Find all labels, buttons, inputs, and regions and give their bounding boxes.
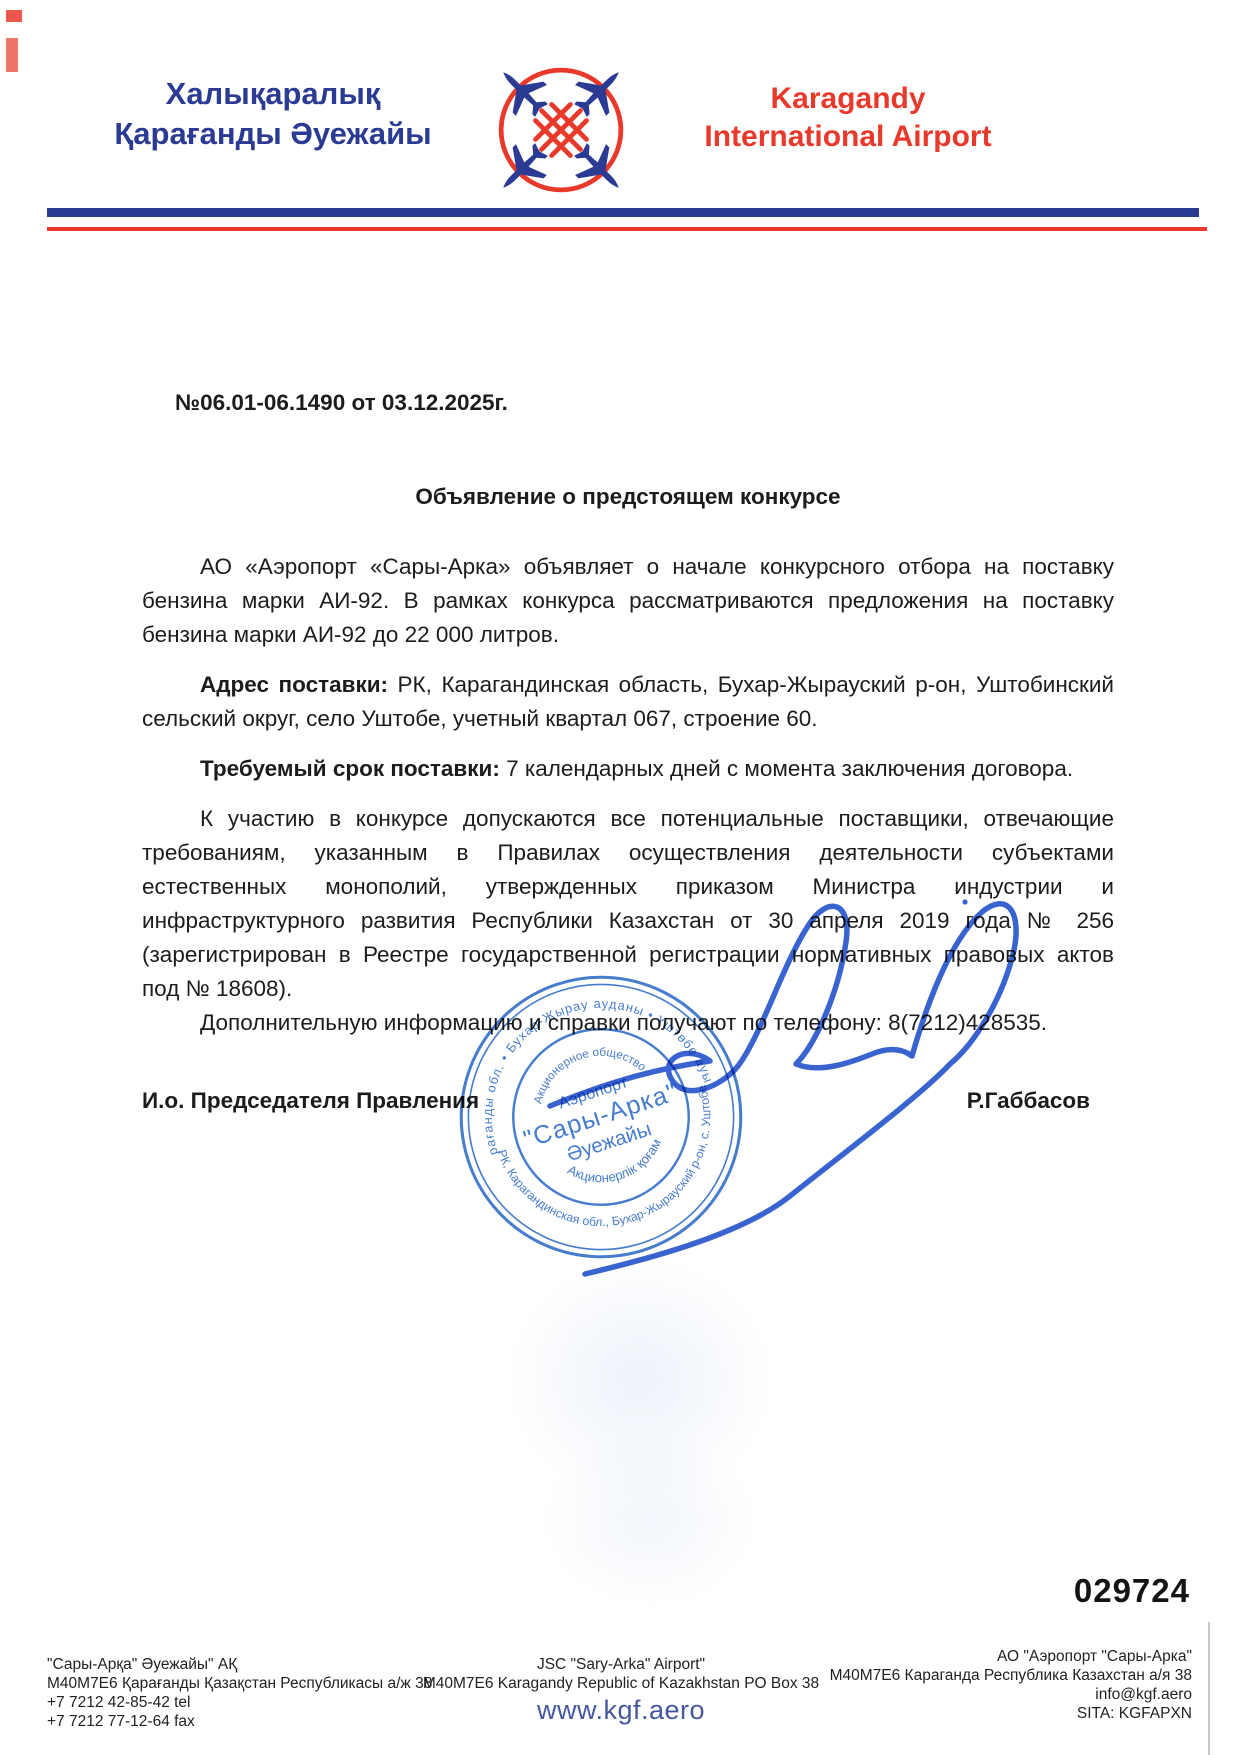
- scan-artifact-red-mark: [6, 38, 18, 72]
- footer-right-block: АО "Аэропорт "Сары-Арка" М40М7Е6 Караган…: [830, 1647, 1192, 1723]
- footer-sita-code: SITA: KGFAPXN: [830, 1704, 1192, 1723]
- header-title-en-line2: International Airport: [652, 118, 1044, 156]
- footer-company-ru: АО "Аэропорт "Сары-Арка": [830, 1647, 1192, 1666]
- scan-artifact-red-mark: [6, 10, 22, 22]
- supply-address-label: Адрес поставки:: [200, 672, 388, 697]
- footer-address-ru: М40М7Е6 Караганда Республика Казахстан а…: [830, 1666, 1192, 1685]
- header-title-en-line1: Karagandy: [652, 80, 1044, 118]
- footer-address-en: М40М7Е6 Karagandy Republic of Kazakhstan…: [371, 1674, 871, 1693]
- ink-smudge: [540, 1430, 760, 1610]
- header-title-kazakh: Халықаралық Қарағанды Әуежайы: [88, 74, 458, 154]
- document-number: №06.01-06.1490 от 03.12.2025г.: [175, 386, 1114, 420]
- scan-artifact-vertical-line: [1208, 1622, 1210, 1755]
- airport-logo-crossed-planes-icon: [482, 54, 640, 206]
- paragraph-supply-term: Требуемый срок поставки: 7 календарных д…: [142, 752, 1114, 786]
- divider-blue-line: [47, 208, 1199, 217]
- divider-red-line: [47, 227, 1207, 231]
- scanned-letter-page: Халықаралық Қарағанды Әуежайы Karagandy …: [0, 0, 1242, 1755]
- footer-email: info@kgf.aero: [830, 1685, 1192, 1704]
- paragraph-supply-address: Адрес поставки: РК, Карагандинская облас…: [142, 668, 1114, 736]
- footer-center-block: JSC "Sary-Arka" Airport" М40М7Е6 Karagan…: [371, 1655, 871, 1720]
- header-title-kk-line2: Қарағанды Әуежайы: [88, 114, 458, 154]
- form-number: 029724: [1074, 1572, 1190, 1610]
- supply-term-text: 7 календарных дней с момента заключения …: [500, 756, 1073, 781]
- supply-term-label: Требуемый срок поставки:: [200, 756, 500, 781]
- footer-website-url: www.kgf.aero: [371, 1701, 871, 1720]
- handwritten-signature: [400, 806, 1020, 1306]
- header-title-english: Karagandy International Airport: [652, 80, 1044, 156]
- footer-company-en: JSC "Sary-Arka" Airport": [371, 1655, 871, 1674]
- document-title: Объявление о предстоящем конкурсе: [142, 480, 1114, 514]
- header-title-kk-line1: Халықаралық: [88, 74, 458, 114]
- paragraph-announcement: АО «Аэропорт «Сары-Арка» объявляет о нач…: [142, 550, 1114, 652]
